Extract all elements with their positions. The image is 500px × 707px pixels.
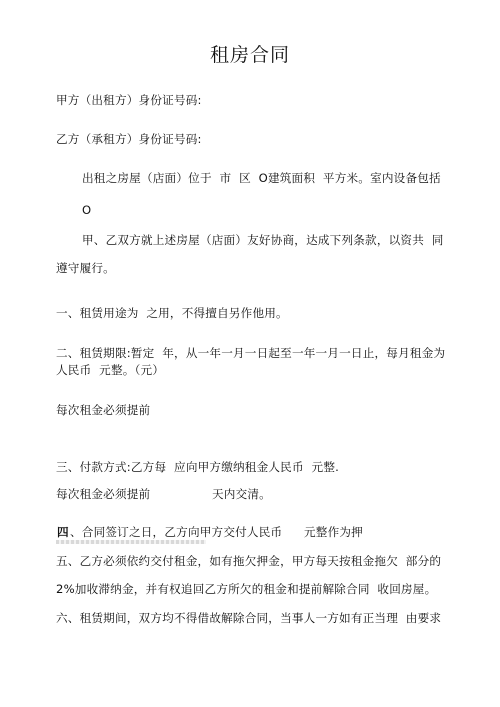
clause-2-note: 每次租金必须提前 <box>56 403 150 417</box>
scan-artifact-text <box>56 540 206 544</box>
party-b-id-line: 乙方（承租方）身份证号码: <box>56 132 202 146</box>
clause-3: 三、付款方式:乙方每 应向甲方缴纳租金人民币 元整. <box>56 460 339 474</box>
preamble-paragraph: 甲、乙双方就上述房屋（店面）友好协商，达成下列条款，以资共 同 <box>82 233 444 247</box>
clause-1: 一、租赁用途为 之用，不得擅自另作他用。 <box>56 306 288 320</box>
party-a-id-line: 甲方（出租方）身份证号码: <box>56 93 202 107</box>
clause-2: 二、租赁期限:暂定 年，从一年一月一日起至一年一月一日止，每月租金为 <box>56 346 445 360</box>
clause-4-number: 四 <box>57 525 69 539</box>
premises-paragraph: 出租之房屋（店面）位于 市 区 O建筑面积 平方米。室内设备包括 <box>82 171 441 185</box>
clause-6: 六、租赁期间，双方均不得借故解除合同，当事人一方如有正当理 由要求 <box>56 611 441 625</box>
clause-4: 、合同签订之日，乙方向甲方交付人民币 <box>70 525 282 539</box>
clause-5: 五、乙方必须依约交付租金，如有拖欠押金，甲方每天按租金拖欠 部分的 <box>56 554 441 568</box>
clause-5-continuation: 2%加收滞纳金，并有权追回乙方所欠的租金和提前解除合同 收回房屋。 <box>56 582 436 596</box>
clause-3-continuation-a: 每次租金必须提前 <box>56 487 150 501</box>
document-title: 租房合同 <box>0 44 500 66</box>
clause-4-end: 元整作为押 <box>304 525 363 539</box>
clause-3-continuation-b: 天内交清。 <box>212 487 271 501</box>
preamble-continuation: 遵守履行。 <box>56 261 115 275</box>
premises-continuation: O <box>82 203 91 217</box>
clause-2-continuation: 人民币 元整。（元） <box>56 363 164 377</box>
